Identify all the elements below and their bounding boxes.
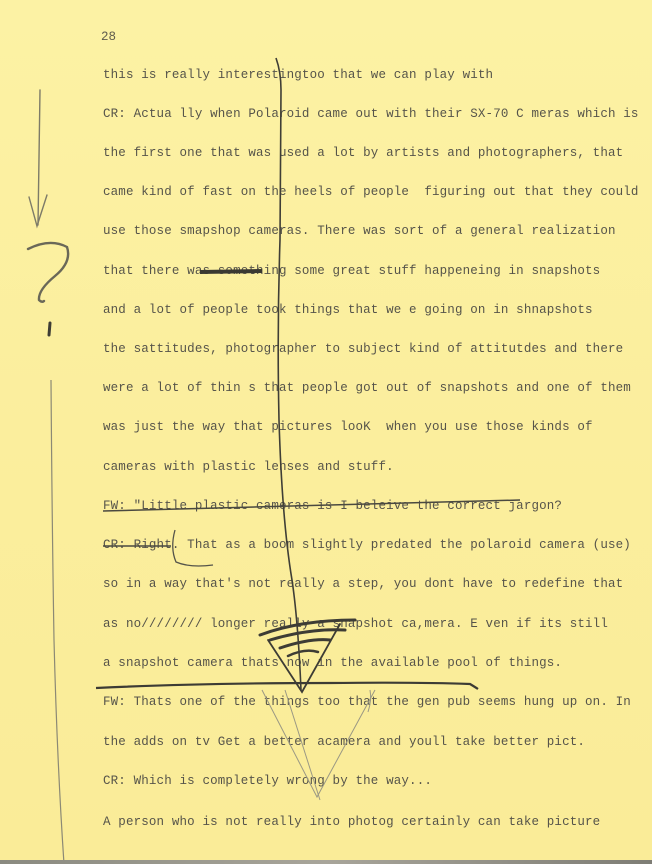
text-line: a snapshot camera thats now in the avail… [103,656,562,670]
text-line: FW: "Little plastic cameras is I beleive… [103,499,562,513]
text-line: the first one that was used a lot by art… [103,146,623,160]
text-line: this is really interestingtoo that we ca… [103,68,493,82]
page-edge [0,860,652,864]
text-line: so in a way that's not really a step, yo… [103,577,623,591]
down-arrow-icon [29,90,47,226]
text-line: were a lot of thin s that people got out… [103,381,631,395]
horizontal-cut-line [96,683,478,689]
text-line: came kind of fast on the heels of people… [103,185,639,199]
text-line: CR: Which is completely wrong by the way… [103,774,432,788]
page-number: 28 [101,30,116,44]
question-mark-icon [28,243,68,302]
text-line: the adds on tv Get a better acamera and … [103,735,585,749]
text-line: FW: Thats one of the things too that the… [103,695,631,709]
text-line: the sattitudes, photographer to subject … [103,342,623,356]
tick-mark [49,323,50,335]
text-line: as no//////// longer really a snapshot c… [103,617,608,631]
text-line: CR: Actua lly when Polaroid came out wit… [103,107,639,121]
text-line: CR: Right. That as a boom slightly preda… [103,538,631,552]
text-line: and a lot of people took things that we … [103,303,593,317]
text-line: that there was something some great stuf… [103,264,600,278]
typewritten-page: 28 this is really interestingtoo that we… [0,0,652,864]
margin-vertical-line [51,380,64,864]
text-line: use those smapshop cameras. There was so… [103,224,616,238]
text-line: A person who is not really into photog c… [103,815,600,829]
text-line: cameras with plastic lenses and stuff. [103,460,394,474]
text-line: was just the way that pictures looK when… [103,420,593,434]
